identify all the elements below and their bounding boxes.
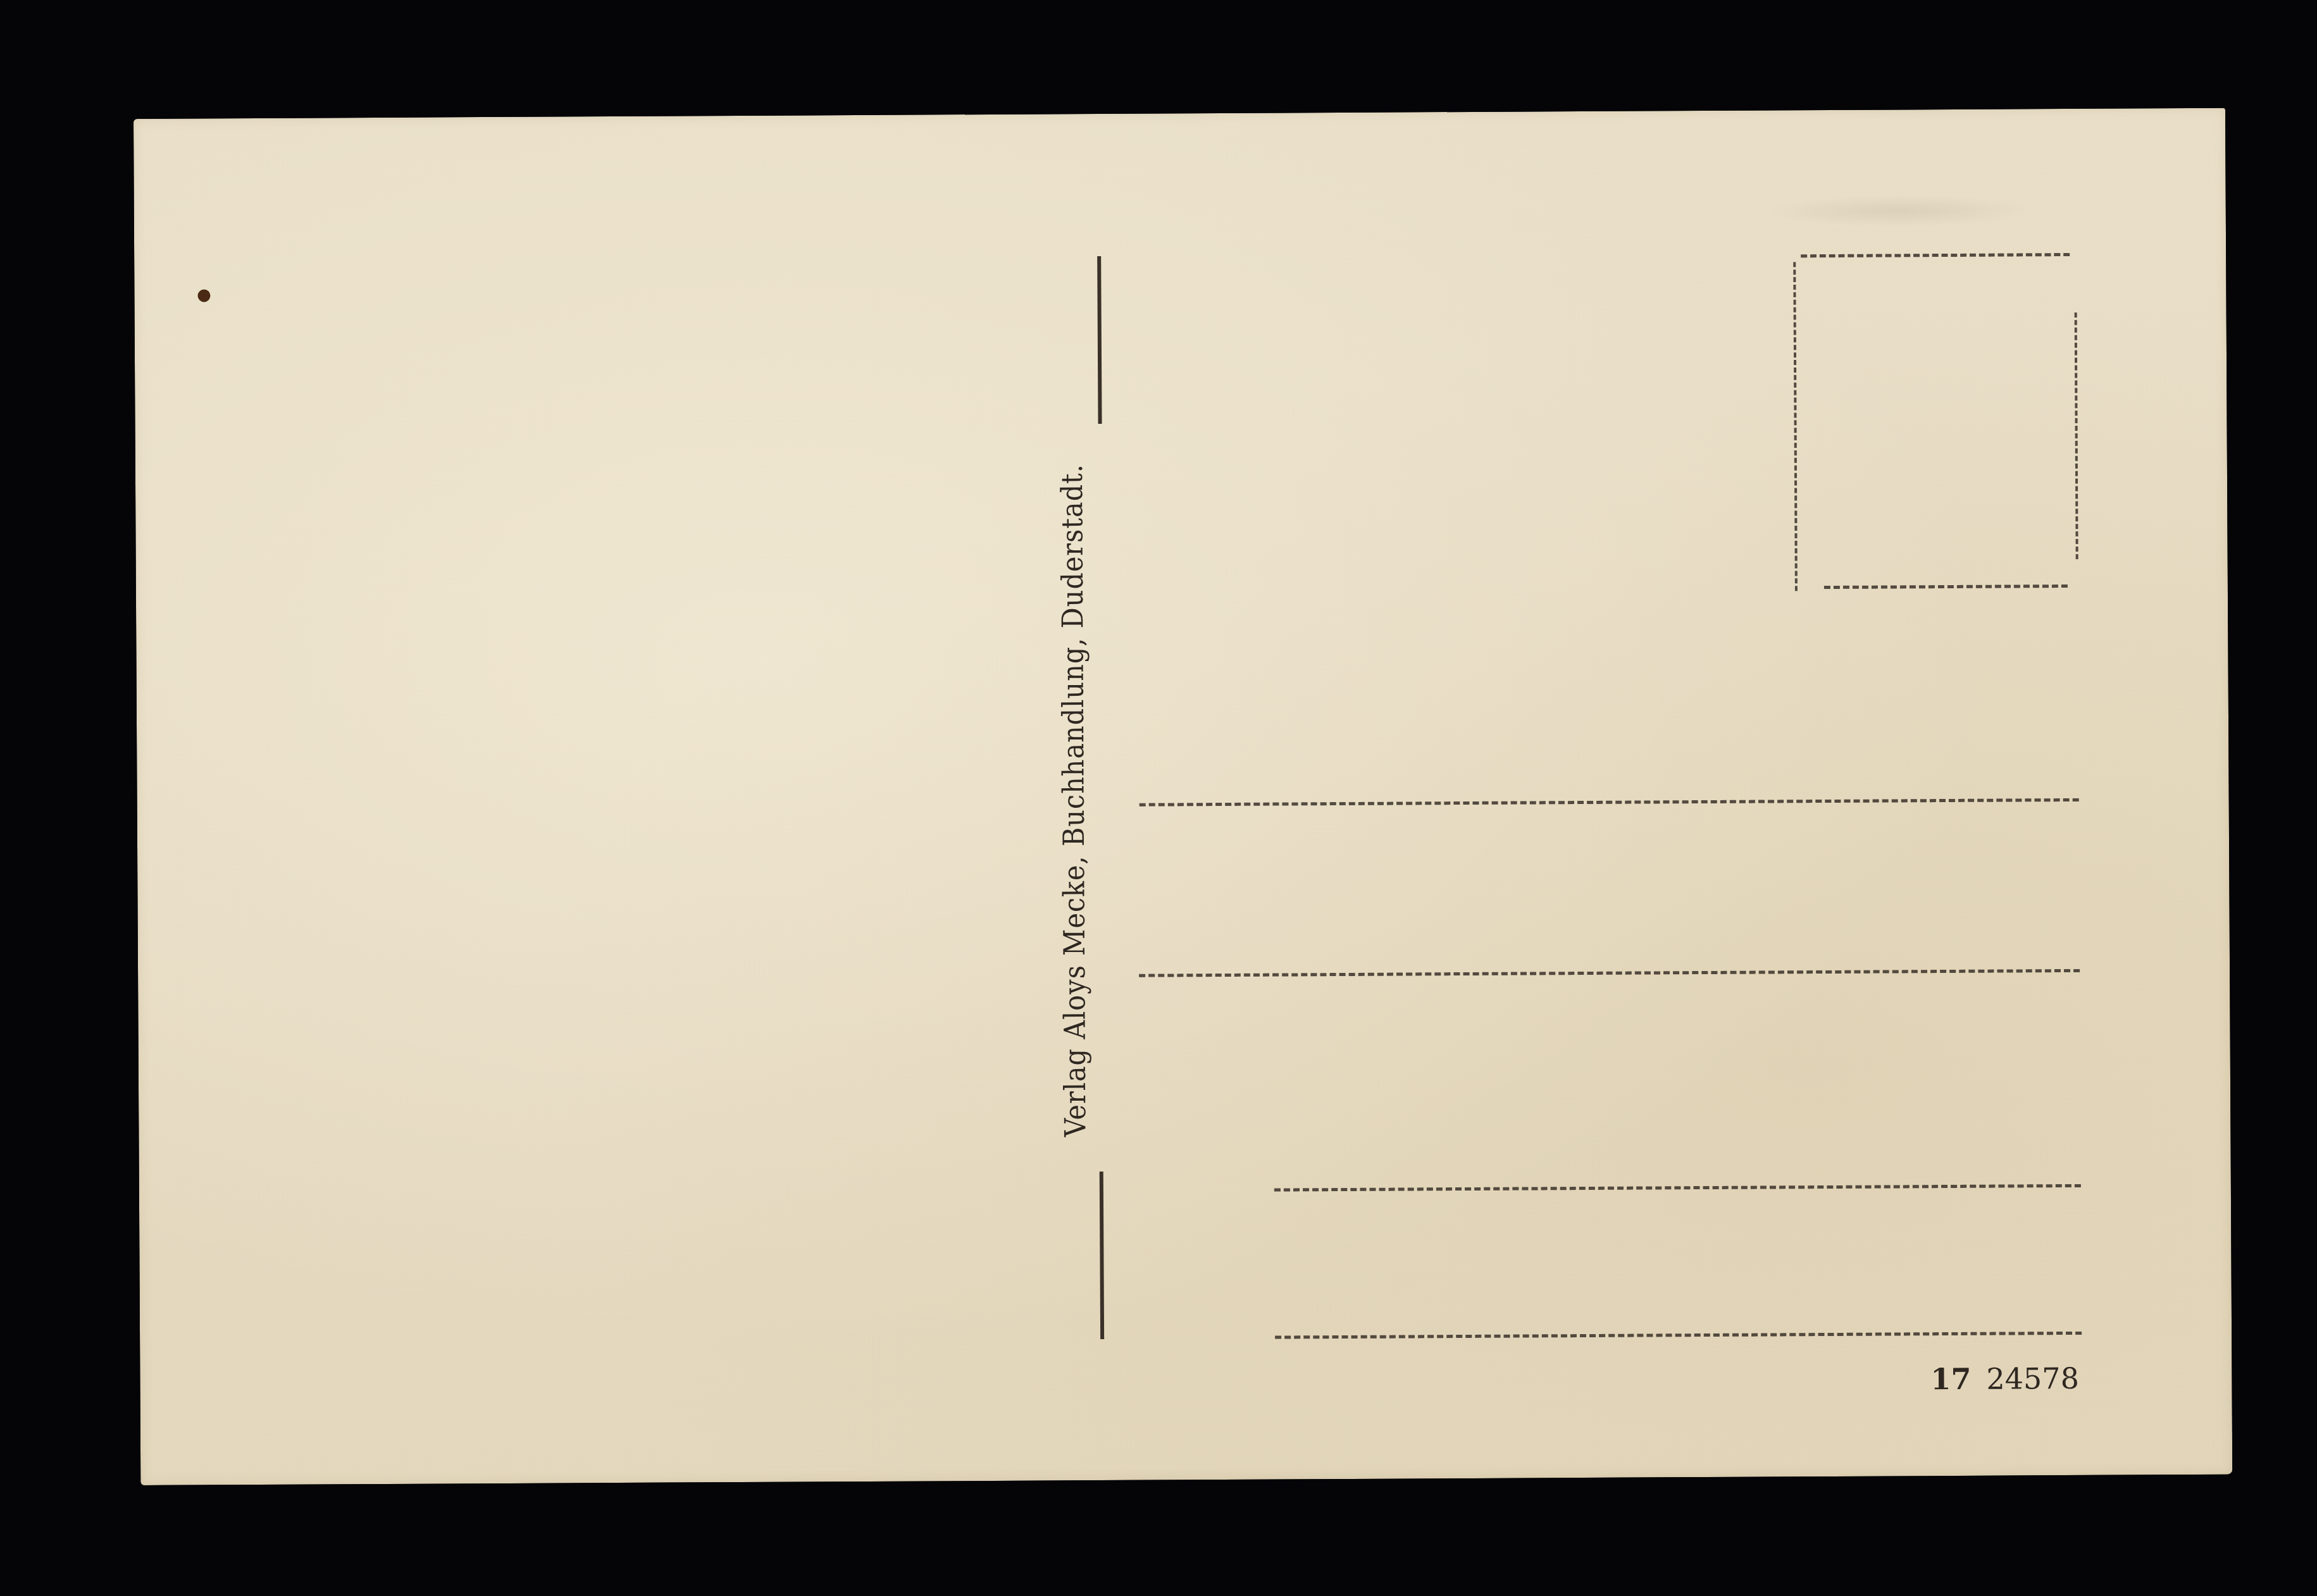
address-line-3	[1274, 1184, 2081, 1192]
address-line-4	[1275, 1332, 2082, 1339]
punch-hole-mark	[197, 289, 210, 302]
stamp-box-bottom-edge	[1824, 585, 2068, 589]
address-line-1	[1140, 798, 2079, 807]
publisher-imprint: Verlag Aloys Mecke, Buchhandlung, Duders…	[1053, 443, 1095, 1158]
card-serial-number: 1724578	[1930, 1361, 2079, 1396]
address-line-2	[1139, 969, 2080, 977]
stamp-box-right-edge	[2075, 312, 2078, 559]
stamp-box-top-edge	[1801, 253, 2070, 257]
faded-show-through-mark	[1767, 194, 2032, 227]
stamp-box-left-edge	[1793, 262, 1798, 591]
serial-prefix: 17	[1930, 1362, 1971, 1396]
divider-rule-bottom	[1100, 1172, 1104, 1339]
postcard-back: Verlag Aloys Mecke, Buchhandlung, Duders…	[134, 108, 2232, 1485]
divider-rule-top	[1097, 256, 1102, 424]
serial-number: 24578	[1986, 1361, 2079, 1396]
